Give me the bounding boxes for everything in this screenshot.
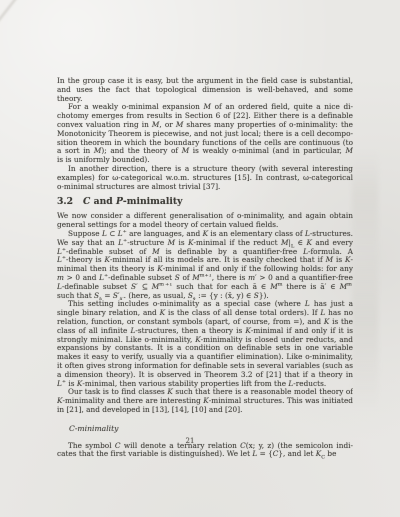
- text-line: This setting includes o-minimality as a …: [57, 300, 353, 309]
- text-line: In the group case it is easy, but the ar…: [57, 77, 353, 86]
- text-line: L+-definable subset of M is definable by…: [57, 248, 353, 257]
- text-line: minimal then its theory is K-minimal if …: [57, 265, 353, 274]
- text-line: L+ is K-minimal, then various stability …: [57, 380, 353, 389]
- text-line: For a weakly o-minimal expansion M of an…: [57, 103, 353, 112]
- paragraph: In another direction, there is a structu…: [57, 165, 353, 191]
- page-number: 21: [40, 437, 340, 445]
- text-line: relation, function, or constant symbols …: [57, 318, 353, 327]
- text-line: general settings for a model theory of c…: [57, 221, 353, 230]
- text-line: Suppose L ⊂ L+ are languages, and K is a…: [57, 230, 353, 239]
- text-line: chotomy emerges from results in Section …: [57, 112, 353, 121]
- paragraph: Suppose L ⊂ L+ are languages, and K is a…: [57, 230, 353, 300]
- text-line: L-definable subset S′ ⊆ Mm′+1 such that …: [57, 283, 353, 292]
- text-line: expansions by constants. It is a conditi…: [57, 344, 353, 353]
- text-line: L+-theory is K-minimal if all its models…: [57, 256, 353, 265]
- paragraph: In the group case it is easy, but the ar…: [57, 77, 353, 103]
- text-line: a sort in M̄); and the theory of M is we…: [57, 147, 353, 156]
- text-line: K-minimality and there are interesting K…: [57, 397, 353, 406]
- text-line: a dimension theory). It is observed in T…: [57, 371, 353, 380]
- section-heading: 3.2C and P-minimality: [57, 197, 353, 207]
- text-line: class of all infinite L-structures, then…: [57, 327, 353, 336]
- text-line: examples) for ω-categorical w.o.m. struc…: [57, 174, 353, 183]
- section-number: 3.2: [57, 196, 73, 207]
- paper-crease: [0, 0, 28, 30]
- text-line: single binary relation, and K is the cla…: [57, 309, 353, 318]
- subheading: C-minimality: [69, 424, 353, 433]
- section-title: C and P-minimality: [83, 196, 183, 207]
- text-line: is is uniformly bounded).: [57, 156, 353, 165]
- paragraph: This setting includes o-minimality as a …: [57, 300, 353, 388]
- text-line: and uses the fact that topological dimen…: [57, 86, 353, 95]
- paragraph: For a weakly o-minimal expansion M of an…: [57, 103, 353, 165]
- text-line: Monotonicity Theorem is piecewise, and n…: [57, 130, 353, 139]
- text-line: strongly minimal. Like o-minimality, K-m…: [57, 336, 353, 345]
- paragraph: We now consider a different generalisati…: [57, 212, 353, 230]
- text-line: such that Sā = S′ā′. (here, as usual, Sx…: [57, 292, 353, 301]
- text-line: We say that an L+-structure M is K-minim…: [57, 239, 353, 248]
- text-line: m > 0 and L+-definable subset S of Mm+1,…: [57, 274, 353, 283]
- text-line: it often gives strong information for de…: [57, 362, 353, 371]
- text-line: We now consider a different generalisati…: [57, 212, 353, 221]
- text-block: In the group case it is easy, but the ar…: [57, 77, 353, 459]
- text-line: theory.: [57, 95, 353, 104]
- text-line: Our task is to find classes K such that …: [57, 388, 353, 397]
- text-line: makes it easy to verify, usually via a q…: [57, 353, 353, 362]
- text-line: o-minimal structures are almost trivial …: [57, 183, 353, 192]
- text-line: In another direction, there is a structu…: [57, 165, 353, 174]
- text-line: in [21], and developed in [13], [14], [1…: [57, 406, 353, 415]
- scan-smudge: [352, 150, 378, 410]
- paragraph: Our task is to find classes K such that …: [57, 388, 353, 414]
- text-line: convex valuation ring in M, or M shares …: [57, 121, 353, 130]
- scanned-paper-page: { "page": { "background_color": "#e9e8e5…: [0, 0, 400, 517]
- text-line: sition theorem in which the boundary fun…: [57, 139, 353, 148]
- text-line: cates that the first variable is disting…: [57, 450, 353, 459]
